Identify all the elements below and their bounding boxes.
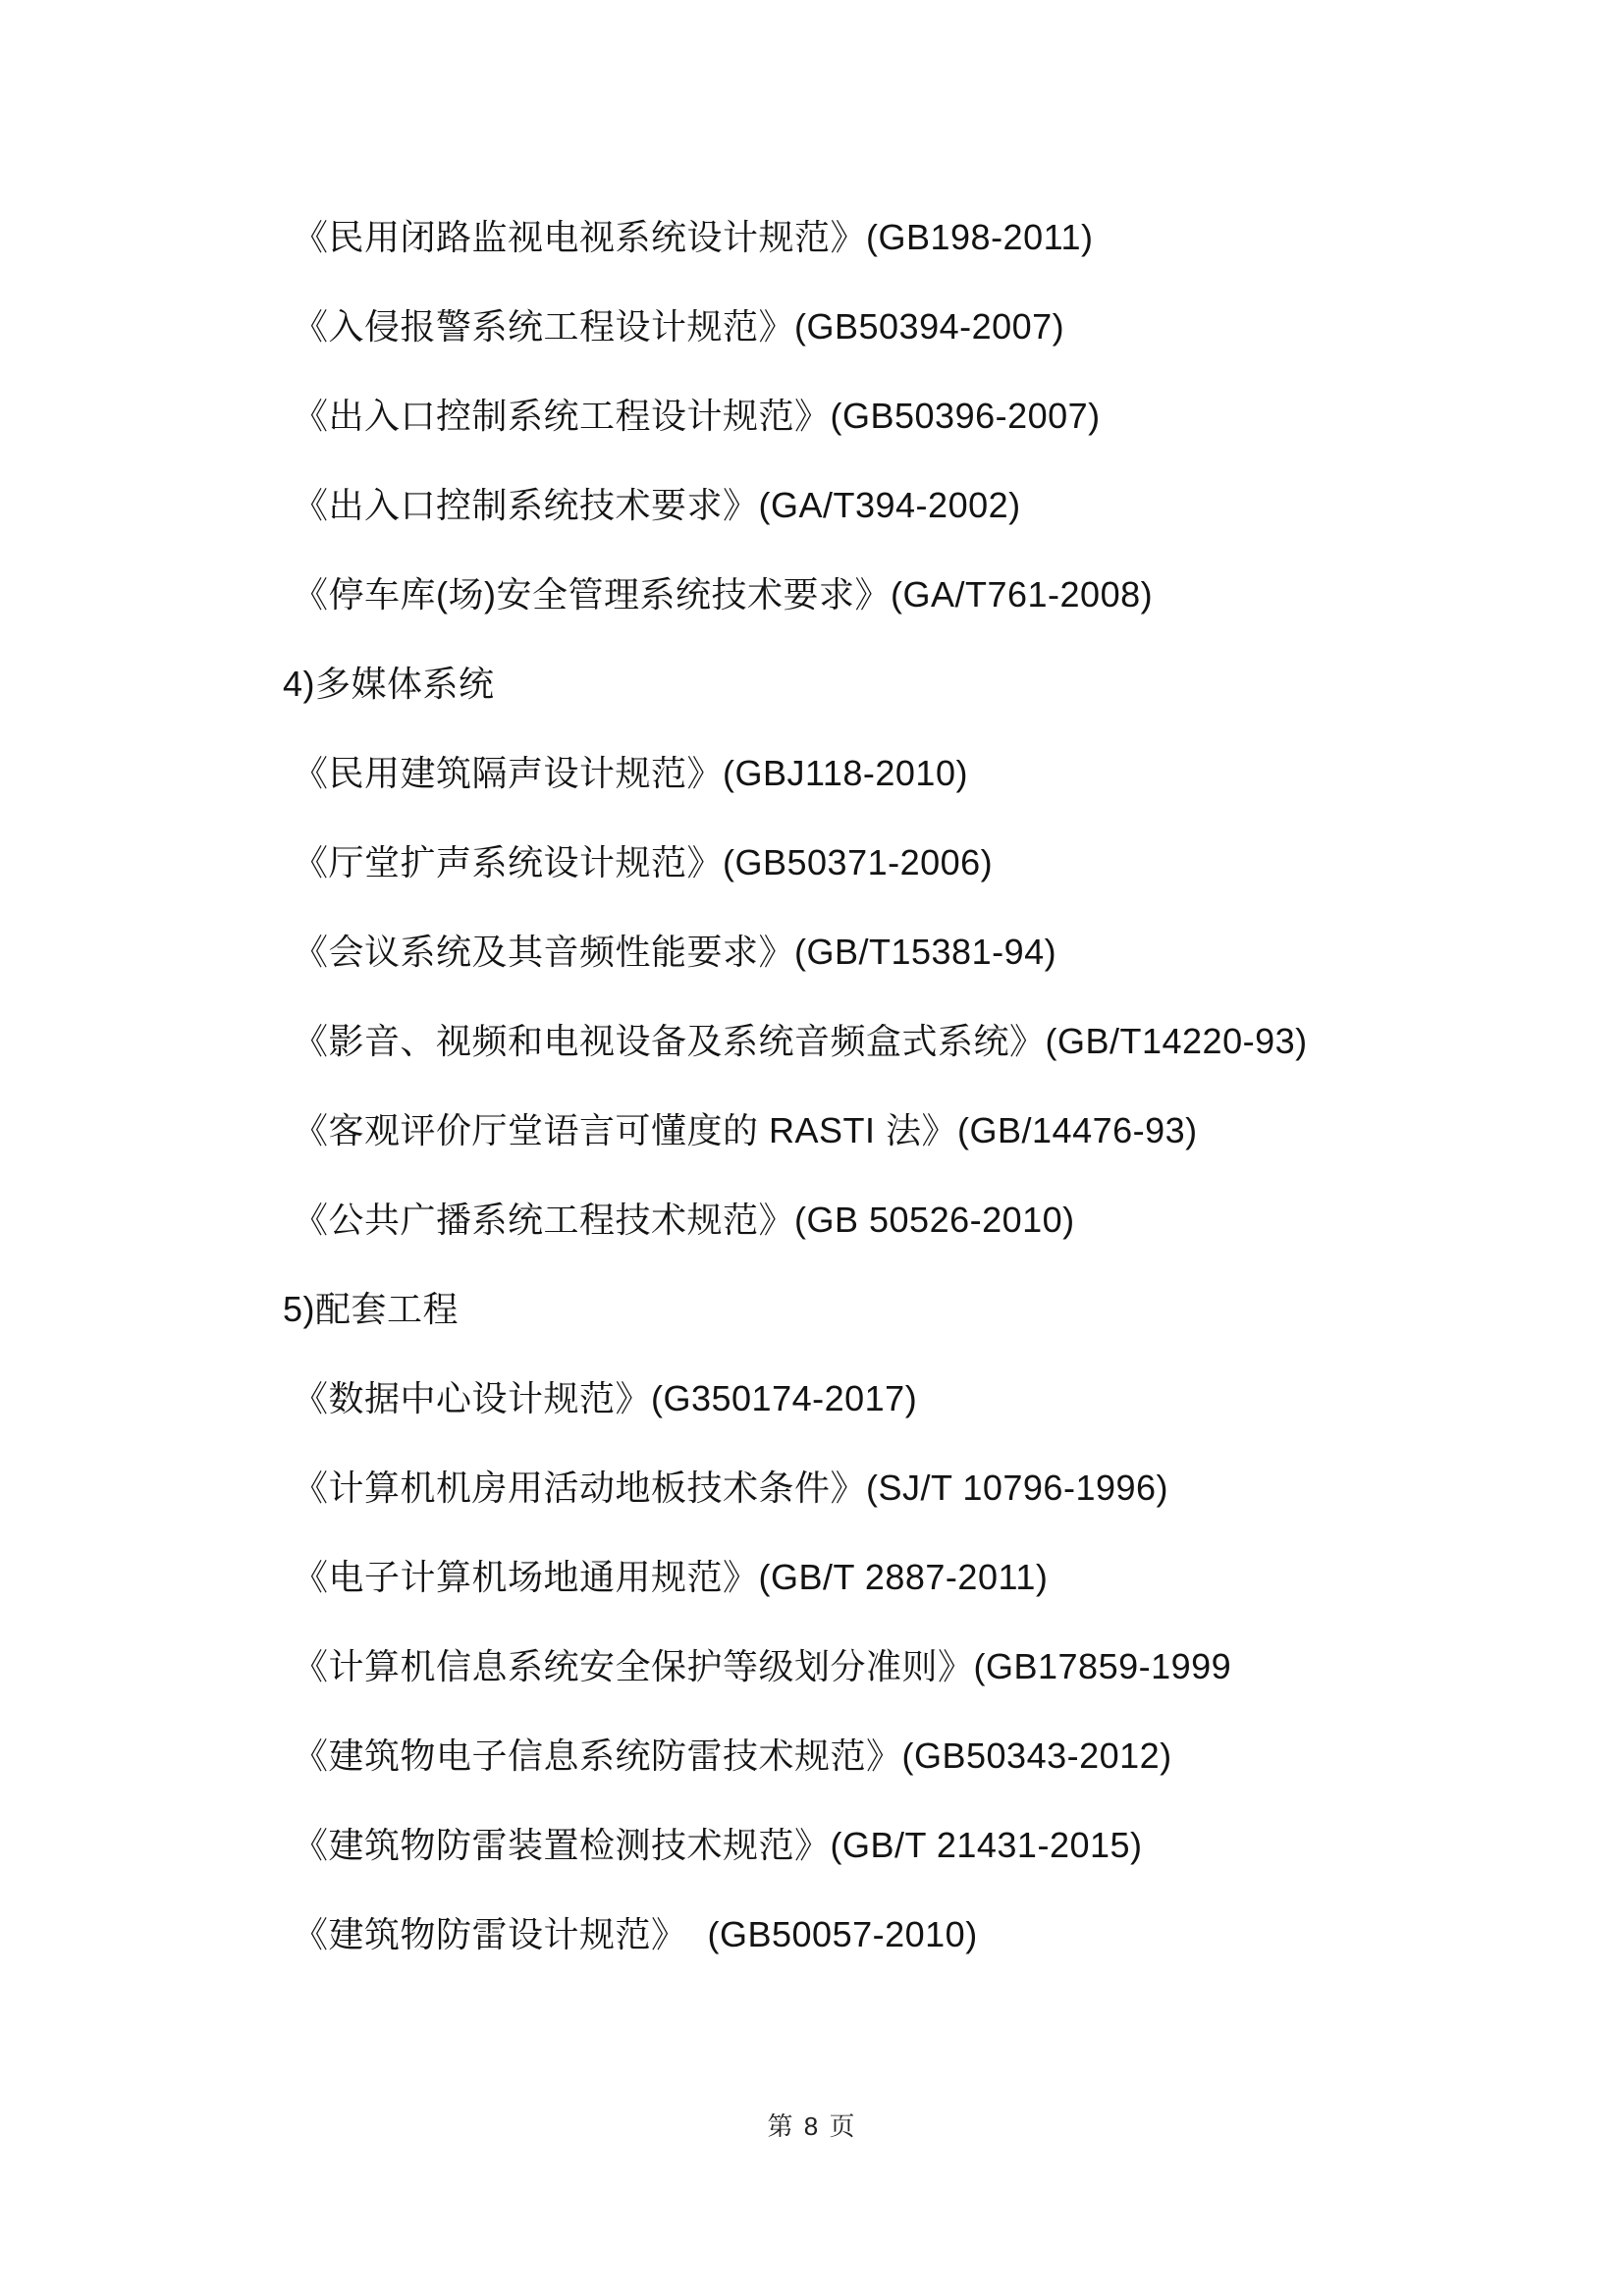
standard-reference-line: 《建筑物防雷装置检测技术规范》(GB/T 21431-2015) (293, 1798, 1308, 1888)
standard-reference-line: 《公共广播系统工程技术规范》(GB 50526-2010) (293, 1173, 1308, 1262)
standard-reference-line: 《出入口控制系统工程设计规范》(GB50396-2007) (293, 369, 1308, 458)
standard-reference-line: 《出入口控制系统技术要求》(GA/T394-2002) (293, 458, 1308, 548)
standard-reference-line: 《入侵报警系统工程设计规范》(GB50394-2007) (293, 280, 1308, 369)
standard-reference-line: 《厅堂扩声系统设计规范》(GB50371-2006) (293, 816, 1308, 905)
standard-reference-line: 《影音、视频和电视设备及系统音频盒式系统》(GB/T14220-93) (293, 994, 1308, 1084)
section-heading-multimedia: 4)多媒体系统 (283, 637, 1308, 726)
standard-reference-line: 《民用闭路监视电视系统设计规范》(GB198-2011) (293, 190, 1308, 280)
standard-reference-line: 《停车库(场)安全管理系统技术要求》(GA/T761-2008) (293, 548, 1308, 637)
standard-reference-line: 《计算机信息系统安全保护等级划分准则》(GB17859-1999 (293, 1620, 1308, 1709)
document-body: 《民用闭路监视电视系统设计规范》(GB198-2011) 《入侵报警系统工程设计… (293, 190, 1308, 1977)
standard-reference-line: 《计算机机房用活动地板技术条件》(SJ/T 10796-1996) (293, 1441, 1308, 1530)
standard-reference-line: 《电子计算机场地通用规范》(GB/T 2887-2011) (293, 1530, 1308, 1620)
standard-reference-line: 《会议系统及其音频性能要求》(GB/T15381-94) (293, 905, 1308, 994)
standard-reference-line: 《建筑物防雷设计规范》 (GB50057-2010) (293, 1888, 1308, 1977)
page-number-footer: 第 8 页 (0, 2107, 1624, 2143)
standard-reference-line: 《建筑物电子信息系统防雷技术规范》(GB50343-2012) (293, 1709, 1308, 1798)
document-page: 《民用闭路监视电视系统设计规范》(GB198-2011) 《入侵报警系统工程设计… (0, 0, 1624, 2296)
standard-reference-line: 《数据中心设计规范》(G350174-2017) (293, 1352, 1308, 1441)
standard-reference-line: 《客观评价厅堂语言可懂度的 RASTI 法》(GB/14476-93) (293, 1084, 1308, 1173)
standard-reference-line: 《民用建筑隔声设计规范》(GBJ118-2010) (293, 726, 1308, 816)
section-heading-supporting-works: 5)配套工程 (283, 1262, 1308, 1352)
